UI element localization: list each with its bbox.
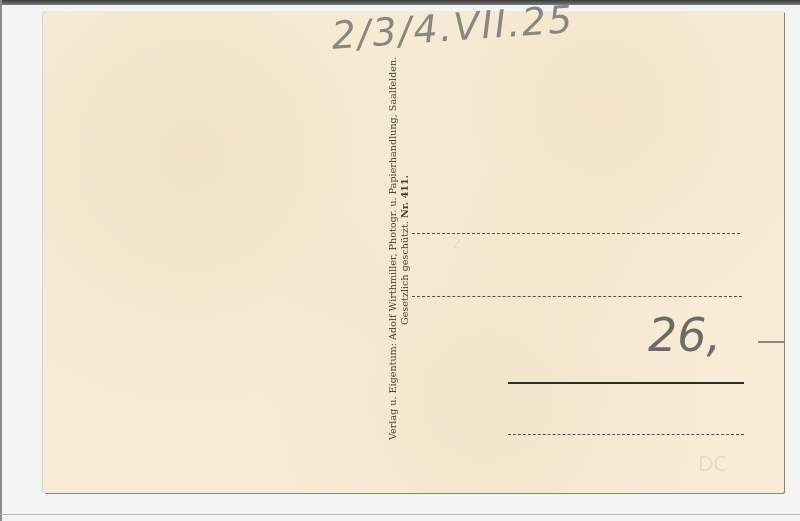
imprint-copyright-line: Gesetzlich geschützt. Nr. 411. xyxy=(400,60,412,440)
scan-bottom-edge xyxy=(0,514,800,515)
publisher-imprint: Verlag u. Eigentum: Adolf Wirthmiller, P… xyxy=(388,60,412,440)
address-line-3 xyxy=(508,382,744,384)
handwritten-price: 26, xyxy=(648,308,721,362)
address-line-4 xyxy=(508,434,744,435)
faint-pencil-initials: DC xyxy=(698,452,727,476)
scan-left-edge xyxy=(0,0,2,521)
address-line-2 xyxy=(412,296,742,297)
imprint-publisher-line: Verlag u. Eigentum: Adolf Wirthmiller, P… xyxy=(388,60,400,440)
faint-pencil-mark: 2 xyxy=(452,236,461,252)
address-line-1 xyxy=(412,233,740,234)
imprint-card-number: Nr. 411. xyxy=(400,175,411,218)
handwritten-price-dash xyxy=(758,341,784,343)
scan-top-edge xyxy=(0,0,800,5)
imprint-copyright-text: Gesetzlich geschützt. xyxy=(400,221,411,325)
postcard-back xyxy=(43,11,784,493)
